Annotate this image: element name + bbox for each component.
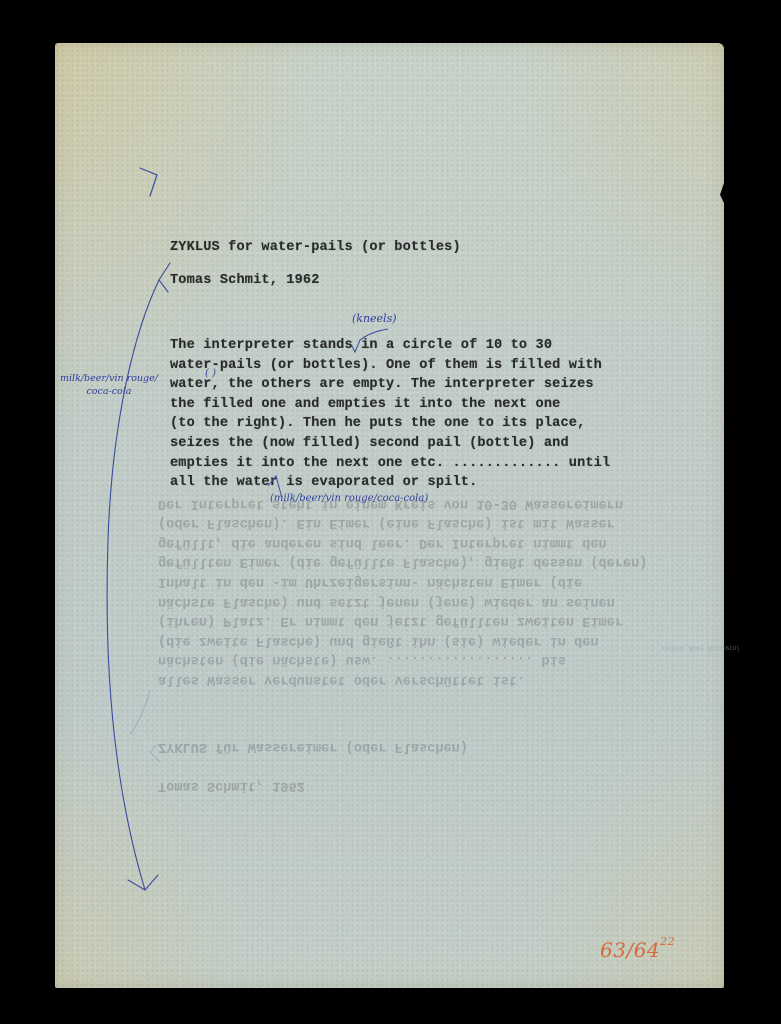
document-body: The interpreter stands in a circle of 10… bbox=[170, 336, 610, 493]
handwritten-kneels: (kneels) bbox=[352, 312, 397, 325]
page-number-value: 63/64 bbox=[600, 938, 660, 962]
scan-stage: alles Wasser verdunstet oder verschüttet… bbox=[0, 0, 781, 1024]
bleed-through-heading: Tomas Schmit, 1962 ZYKLUS für Wassereime… bbox=[158, 736, 468, 795]
handwritten-under-note: (milk/beer/vin rouge/coca-cola) bbox=[270, 493, 428, 504]
document-title: ZYKLUS for water-pails (or bottles) bbox=[170, 238, 461, 258]
bleed-through-body: alles Wasser verdunstet oder verschüttet… bbox=[158, 493, 647, 689]
document-author: Tomas Schmit, 1962 bbox=[170, 271, 320, 291]
paper-tear bbox=[720, 183, 730, 209]
bleed-through-margin-note: (milch, Bier, Rotwein) bbox=[662, 644, 739, 652]
page-number-suffix: 22 bbox=[660, 935, 675, 948]
handwritten-margin-note: milk/beer/vin rouge/ coca-cola bbox=[60, 372, 158, 398]
handwritten-paren-mark: ( ) bbox=[205, 368, 216, 379]
page-number: 63/6422 bbox=[600, 938, 675, 962]
